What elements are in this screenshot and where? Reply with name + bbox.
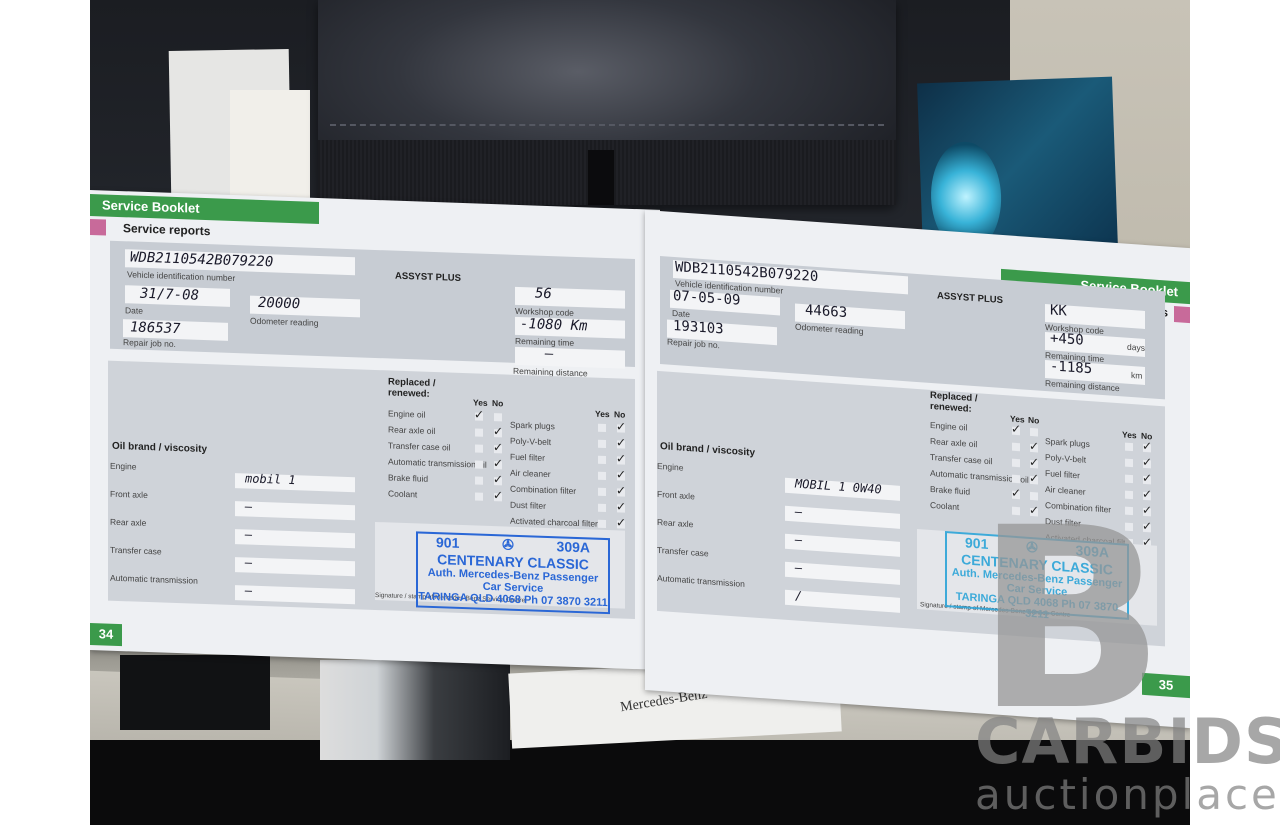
- odometer-value: 20000: [258, 295, 300, 312]
- watermark-brand: CARBIDS: [975, 705, 1280, 778]
- oil-row-value: —: [245, 555, 252, 569]
- yes-header-2: Yes: [1122, 429, 1137, 440]
- checkbox-yes[interactable]: [1012, 459, 1020, 468]
- check-mark-icon: ✓: [1142, 439, 1152, 454]
- no-header: No: [492, 398, 503, 408]
- workshop-value: KK: [1050, 302, 1067, 319]
- date-label: Date: [125, 305, 143, 316]
- date-value: 31/7-08: [140, 286, 199, 304]
- oil-row-label: Engine: [657, 461, 683, 473]
- oil-list: EngineMOBIL 1 0W40Front axle—Rear axle—T…: [645, 210, 1190, 248]
- workshop-value: 56: [535, 286, 552, 303]
- no-header-2: No: [614, 409, 625, 419]
- checklist-item-label: Coolant: [930, 500, 959, 512]
- check-mark-icon: ✓: [493, 424, 503, 438]
- check-mark-icon: ✓: [616, 419, 626, 433]
- dealer-stamp: 901✇309A CENTENARY CLASSIC Auth. Mercede…: [416, 531, 610, 614]
- check-mark-icon: ✓: [616, 467, 626, 481]
- checkbox-yes[interactable]: [475, 460, 483, 468]
- check-mark-icon: ✓: [1142, 455, 1152, 470]
- checklist-item-label: Poly-V-belt: [510, 436, 551, 447]
- oil-row-value: —: [795, 560, 802, 575]
- checklist-item-label: Fuel filter: [510, 452, 545, 463]
- checkbox-yes[interactable]: [598, 424, 606, 432]
- replaced-title: Replaced / renewed:: [388, 376, 438, 400]
- checklist-item-label: Brake fluid: [388, 472, 428, 483]
- check-mark-icon: ✓: [493, 488, 503, 502]
- wallet-stitching: [330, 124, 884, 126]
- leather-wallet: [318, 0, 896, 205]
- oil-row-label: Engine: [110, 461, 136, 472]
- checkbox-yes[interactable]: [598, 472, 606, 480]
- pink-marker: [90, 219, 106, 236]
- booklet-header: Service Booklet: [90, 194, 319, 224]
- page-number: 34: [90, 623, 122, 646]
- remaining-time-value: -1080 Km: [520, 316, 587, 334]
- checkbox-no[interactable]: [494, 413, 502, 421]
- check-mark-icon: ✓: [616, 451, 626, 465]
- yes-header: Yes: [473, 397, 488, 408]
- workshop-field: [515, 287, 625, 309]
- mercedes-star-icon: ✇: [502, 536, 514, 553]
- remaining-distance-value: —: [545, 346, 553, 362]
- checkbox-yes[interactable]: [1125, 459, 1133, 468]
- oil-row-value: mobil 1: [245, 471, 296, 487]
- check-mark-icon: ✓: [616, 515, 626, 529]
- checklist-item-label: Engine oil: [388, 408, 425, 419]
- replaced-title: Replaced / renewed:: [930, 390, 980, 415]
- checkbox-yes[interactable]: [598, 504, 606, 512]
- check-mark-icon: ✓: [1011, 422, 1021, 437]
- check-mark-icon: ✓: [1029, 439, 1039, 454]
- checkbox-yes[interactable]: [1125, 443, 1133, 452]
- replaced-list-1: Engine oil✓Rear axle oil✓Transfer case o…: [645, 210, 1190, 248]
- oil-row-value: —: [795, 504, 802, 519]
- oil-row-label: Rear axle: [110, 517, 146, 528]
- stamp-right-code: 309A: [557, 538, 590, 556]
- checklist-item-label: Transfer case oil: [388, 440, 451, 452]
- checkbox-yes[interactable]: [598, 520, 606, 528]
- assyst-label: ASSYST PLUS: [395, 271, 461, 284]
- watermark-tagline: auctionplace: [975, 770, 1280, 819]
- remaining-time-value: +450: [1050, 330, 1084, 348]
- check-mark-icon: ✓: [493, 472, 503, 486]
- remaining-distance-value: -1185: [1050, 358, 1092, 377]
- checkbox-yes[interactable]: [1012, 443, 1020, 452]
- check-mark-icon: ✓: [616, 483, 626, 497]
- checklist-item-label: Coolant: [388, 488, 417, 499]
- checkbox-yes[interactable]: [475, 492, 483, 500]
- page-34: Service Booklet Service reports WDB21105…: [90, 190, 660, 670]
- replaced-list-2: Spark plugs✓Poly-V-belt✓Fuel filter✓Air …: [645, 210, 1190, 248]
- oil-row-value: —: [245, 499, 252, 513]
- checklist-item-label: Air cleaner: [510, 468, 551, 479]
- check-mark-icon: ✓: [493, 440, 503, 454]
- oil-row-value: —: [245, 583, 252, 597]
- checkbox-yes[interactable]: [598, 488, 606, 496]
- repair-label: Repair job no.: [123, 337, 176, 349]
- checkbox-no[interactable]: [1030, 428, 1038, 437]
- checklist-item-label: Dust filter: [510, 500, 546, 511]
- yes-header-2: Yes: [595, 409, 610, 420]
- checklist-item-label: Spark plugs: [510, 420, 555, 432]
- check-mark-icon: ✓: [493, 456, 503, 470]
- check-mark-icon: ✓: [474, 407, 484, 421]
- oil-row-value: —: [795, 532, 802, 547]
- check-mark-icon: ✓: [616, 435, 626, 449]
- no-header: No: [1028, 415, 1039, 426]
- stamp-left-code: 901: [436, 534, 459, 552]
- checkbox-yes[interactable]: [475, 476, 483, 484]
- oil-row-label: Front axle: [110, 489, 148, 500]
- remaining-distance-field: [515, 347, 625, 369]
- checkbox-yes[interactable]: [598, 456, 606, 464]
- section-title: Service reports: [123, 221, 210, 238]
- oil-row-value: —: [245, 527, 252, 541]
- oil-row-label: Transfer case: [110, 545, 162, 557]
- odometer-value: 44663: [805, 302, 847, 321]
- check-mark-icon: ✓: [616, 499, 626, 513]
- check-mark-icon: ✓: [1029, 455, 1039, 470]
- oil-row-value: /: [795, 588, 802, 603]
- remaining-time-unit: days: [1127, 342, 1145, 353]
- remaining-distance-unit: km: [1131, 370, 1142, 381]
- checkbox-yes[interactable]: [475, 444, 483, 452]
- checklist-item-label: Rear axle oil: [388, 424, 435, 436]
- repair-value: 186537: [130, 319, 181, 337]
- checkbox-yes[interactable]: [598, 440, 606, 448]
- pink-marker: [1174, 306, 1190, 323]
- checkbox-yes[interactable]: [475, 428, 483, 436]
